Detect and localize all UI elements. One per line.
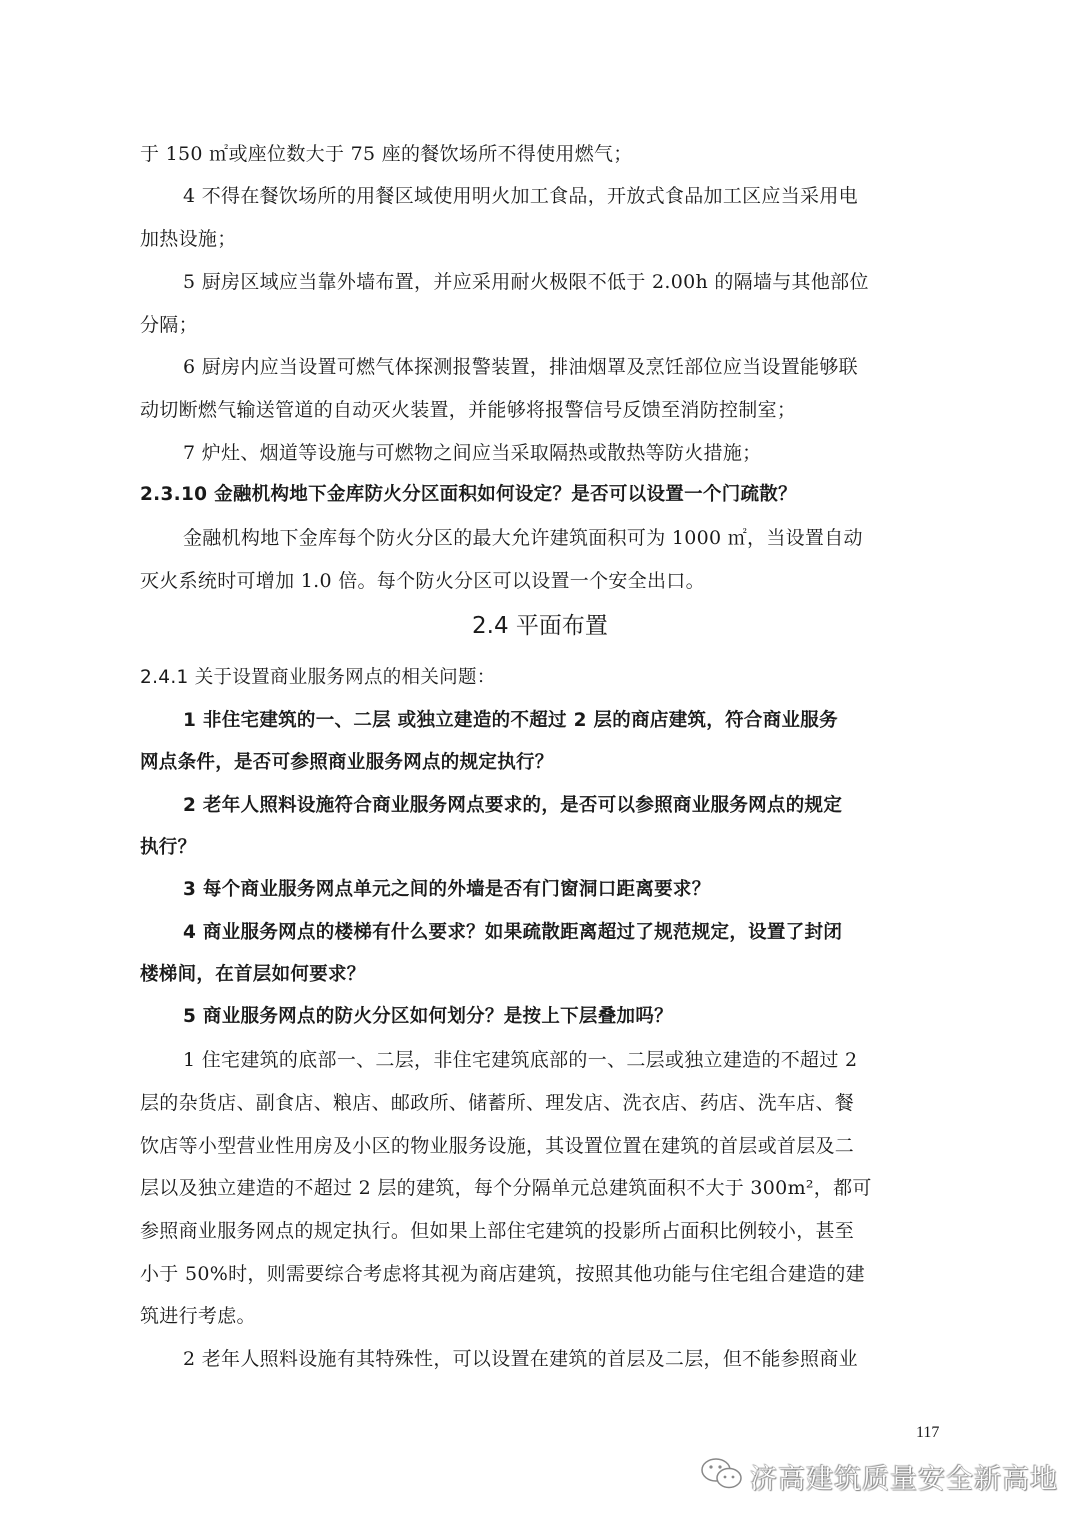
question-line: 4 商业服务网点的楼梯有什么要求？如果疏散距离超过了规范规定，设置了封闭 <box>183 919 983 947</box>
subsection-heading: 2.4.1 关于设置商业服务网点的相关问题： <box>140 664 940 692</box>
text-line: 小于 50%时，则需要综合考虑将其视为商店建筑，按照其他功能与住宅组合建造的建 <box>140 1260 940 1288</box>
question-line: 5 商业服务网点的防火分区如何划分？是按上下层叠加吗？ <box>183 1003 983 1031</box>
section-heading: 2.4 平面布置 <box>0 611 1080 641</box>
text-line: 加热设施； <box>140 225 940 253</box>
text-line: 层以及独立建造的不超过 2 层的建筑，每个分隔单元总建筑面积不大于 300m²，… <box>140 1174 940 1202</box>
text-line: 2 老年人照料设施有其特殊性，可以设置在建筑的首层及二层，但不能参照商业 <box>183 1345 983 1373</box>
text-line: 分隔； <box>140 311 940 339</box>
question-line: 楼梯间，在首层如何要求？ <box>140 961 940 989</box>
question-line: 执行？ <box>140 834 940 862</box>
watermark: 济高建筑质量安全新高地 <box>700 1456 1058 1496</box>
watermark-text: 济高建筑质量安全新高地 <box>750 1457 1058 1496</box>
text-line: 参照商业服务网点的规定执行。但如果上部住宅建筑的投影所占面积比例较小，甚至 <box>140 1217 940 1245</box>
text-line: 1 住宅建筑的底部一、二层，非住宅建筑底部的一、二层或独立建造的不超过 2 <box>183 1046 983 1074</box>
text-line: 灭火系统时可增加 1.0 倍。每个防火分区可以设置一个安全出口。 <box>140 567 940 595</box>
text-line: 动切断燃气输送管道的自动灭火装置，并能够将报警信号反馈至消防控制室； <box>140 396 940 424</box>
question-line: 网点条件，是否可参照商业服务网点的规定执行？ <box>140 749 940 777</box>
text-line: 4 不得在餐饮场所的用餐区域使用明火加工食品，开放式食品加工区应当采用电 <box>183 182 983 210</box>
document-page: 于 150 ㎡或座位数大于 75 座的餐饮场所不得使用燃气； 4 不得在餐饮场所… <box>0 0 1080 1527</box>
text-line: 金融机构地下金库每个防火分区的最大允许建筑面积可为 1000 ㎡，当设置自动 <box>183 524 983 552</box>
page-number: 117 <box>916 1424 939 1442</box>
text-line: 于 150 ㎡或座位数大于 75 座的餐饮场所不得使用燃气； <box>140 140 940 168</box>
text-line: 饮店等小型营业性用房及小区的物业服务设施，其设置位置在建筑的首层或首层及二 <box>140 1132 940 1160</box>
text-line: 筑进行考虑。 <box>140 1302 940 1330</box>
question-line: 1 非住宅建筑的一、二层 或独立建造的不超过 2 层的商店建筑，符合商业服务 <box>183 707 983 735</box>
text-line: 5 厨房区域应当靠外墙布置，并应采用耐火极限不低于 2.00h 的隔墙与其他部位 <box>183 268 983 296</box>
text-line: 6 厨房内应当设置可燃气体探测报警装置，排油烟罩及烹饪部位应当设置能够联 <box>183 353 983 381</box>
question-line: 2 老年人照料设施符合商业服务网点要求的，是否可以参照商业服务网点的规定 <box>183 792 983 820</box>
text-line: 层的杂货店、副食店、粮店、邮政所、储蓄所、理发店、洗衣店、药店、洗车店、餐 <box>140 1089 940 1117</box>
question-heading: 2.3.10 金融机构地下金库防火分区面积如何设定？是否可以设置一个门疏散？ <box>140 481 940 509</box>
question-line: 3 每个商业服务网点单元之间的外墙是否有门窗洞口距离要求？ <box>183 876 983 904</box>
text-line: 7 炉灶、烟道等设施与可燃物之间应当采取隔热或散热等防火措施； <box>183 439 983 467</box>
wechat-icon <box>700 1457 744 1495</box>
